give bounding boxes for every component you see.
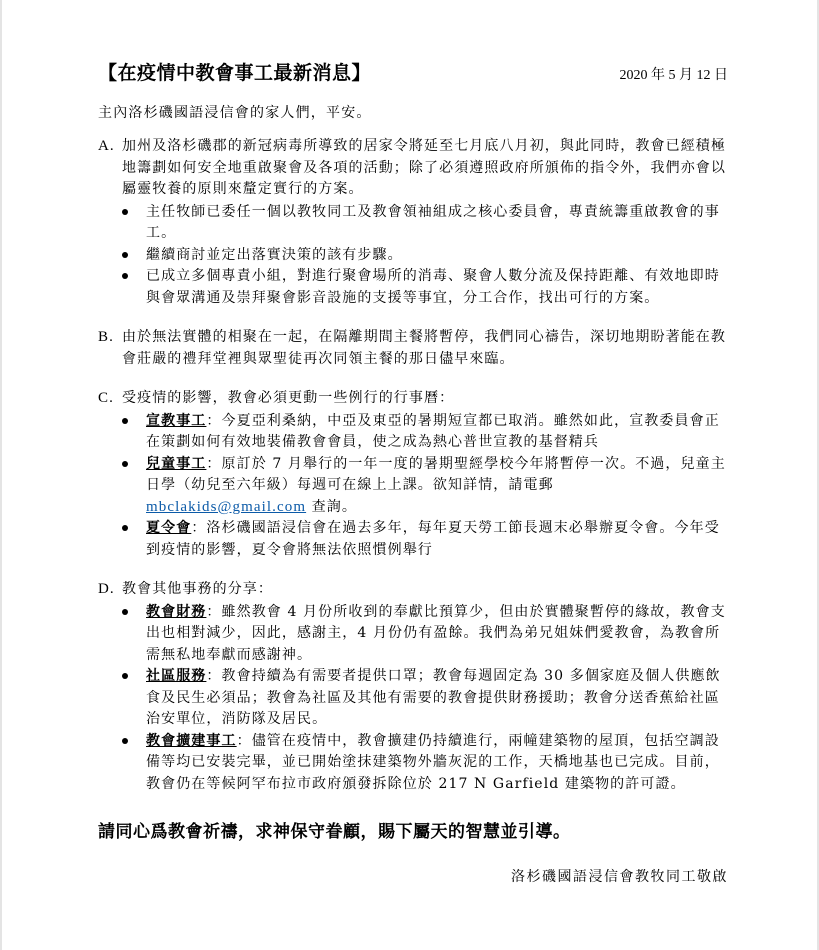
list-item: 已成立多個專責小組，對進行聚會場所的消毒、聚會人數分流及保持距離、有效地即時與會… xyxy=(98,266,728,309)
section-text: 加州及洛杉磯郡的新冠病毒所導致的居家令將延至七月底八月初，與此同時，教會已經積極… xyxy=(122,136,728,201)
list-item: 主任牧師已委任一個以教牧同工及教會領袖組成之核心委員會，專責統籌重啟教會的事工。 xyxy=(98,202,728,245)
section-marker: C. xyxy=(98,388,114,410)
bullet-text: 主任牧師已委任一個以教牧同工及教會領袖組成之核心委員會，專責統籌重啟教會的事工。 xyxy=(146,204,720,242)
section-marker: A. xyxy=(98,136,115,158)
bullet-text: 已成立多個專責小組，對進行聚會場所的消毒、聚會人數分流及保持距離、有效地即時與會… xyxy=(146,268,720,306)
section-a: A. 加州及洛杉磯郡的新冠病毒所導致的居家令將延至七月底八月初，與此同時，教會已… xyxy=(98,136,728,309)
closing-prayer: 請同心爲教會祈禱，求神保守眷顧，賜下屬天的智慧並引導。 xyxy=(98,817,728,842)
document-date: 2020 年 5 月 12 日 xyxy=(620,64,729,84)
bullet-keyword: 宣教事工 xyxy=(146,413,206,429)
list-item-finance: 教會財務：雖然教會 4 月份所收到的奉獻比預算少，但由於實體聚暫停的緣故，教會支… xyxy=(98,602,728,667)
document-title: 【在疫情中教會事工最新消息】 xyxy=(98,58,371,85)
bullet-icon xyxy=(122,461,128,467)
bullet-icon xyxy=(122,418,128,424)
bullet-text-after-link: 查詢。 xyxy=(306,499,357,515)
bullet-keyword: 夏令會 xyxy=(146,520,191,536)
document-header: 【在疫情中教會事工最新消息】 2020 年 5 月 12 日 xyxy=(98,56,728,90)
bullet-icon xyxy=(122,673,128,679)
section-c: C. 受疫情的影響，教會必須更動一些例行的行事曆： 宣教事工：今夏亞利桑納，中亞… xyxy=(98,388,728,561)
list-item-missions: 宣教事工：今夏亞利桑納，中亞及東亞的暑期短宣都已取消。雖然如此，宣教委員會正在策… xyxy=(98,411,728,454)
bullet-text: ：今夏亞利桑納，中亞及東亞的暑期短宣都已取消。雖然如此，宣教委員會正在策劃如何有… xyxy=(146,413,720,451)
list-item-summer-camp: 夏令會：洛杉磯國語浸信會在過去多年，每年夏天勞工節長週末必舉辦夏令會。今年受到疫… xyxy=(98,518,728,561)
bullet-icon xyxy=(122,273,128,279)
bullet-icon xyxy=(122,252,128,258)
bullet-icon xyxy=(122,738,128,744)
bullet-keyword: 兒童事工 xyxy=(146,456,206,472)
list-item-expansion: 教會擴建事工：儘管在疫情中，教會擴建仍持續進行，兩幢建築物的屋頂，包括空調設備等… xyxy=(98,731,728,796)
section-marker: B. xyxy=(98,327,114,349)
bullet-text: ：雖然教會 4 月份所收到的奉獻比預算少，但由於實體聚暫停的緣故，教會支出也相對… xyxy=(146,604,726,663)
bullet-keyword: 教會擴建事工 xyxy=(146,733,237,749)
bullet-text: ：原訂於 7 月舉行的一年一度的暑期聖經學校今年將暫停一次。不過，兒童主日學（幼… xyxy=(146,456,726,494)
list-item-community: 社區服務：教會持續為有需要者提供口罩；教會每週固定為 30 多個家庭及個人供應飲… xyxy=(98,666,728,731)
bullet-text: 繼續商討並定出落實決策的該有步驟。 xyxy=(146,247,403,263)
greeting: 主內洛杉磯國語浸信會的家人們，平安。 xyxy=(98,102,728,126)
bullet-keyword: 教會財務 xyxy=(146,604,206,620)
section-text: 受疫情的影響，教會必須更動一些例行的行事曆： xyxy=(122,388,728,410)
bullet-text: ：洛杉磯國語浸信會在過去多年，每年夏天勞工節長週末必舉辦夏令會。今年受到疫情的影… xyxy=(146,520,720,558)
section-marker: D. xyxy=(98,579,115,601)
list-item-children: 兒童事工：原訂於 7 月舉行的一年一度的暑期聖經學校今年將暫停一次。不過，兒童主… xyxy=(98,454,728,519)
bullet-icon xyxy=(122,209,128,215)
bullet-text: ：教會持續為有需要者提供口罩；教會每週固定為 30 多個家庭及個人供應飲食及民生… xyxy=(146,668,721,727)
signature: 洛杉磯國語浸信會教牧同工敬啟 xyxy=(98,866,728,886)
section-b: B. 由於無法實體的相聚在一起，在隔離期間主餐將暫停，我們同心禱告，深切地期盼著… xyxy=(98,327,728,370)
bullet-list: 教會財務：雖然教會 4 月份所收到的奉獻比預算少，但由於實體聚暫停的緣故，教會支… xyxy=(98,602,728,796)
list-item: 繼續商討並定出落實決策的該有步驟。 xyxy=(98,245,728,267)
bullet-list: 宣教事工：今夏亞利桑納，中亞及東亞的暑期短宣都已取消。雖然如此，宣教委員會正在策… xyxy=(98,411,728,562)
bullet-list: 主任牧師已委任一個以教牧同工及教會領袖組成之核心委員會，專責統籌重啟教會的事工。… xyxy=(98,202,728,310)
bullet-icon xyxy=(122,609,128,615)
bullet-icon xyxy=(122,525,128,531)
section-text: 由於無法實體的相聚在一起，在隔離期間主餐將暫停，我們同心禱告，深切地期盼著能在教… xyxy=(122,327,728,370)
page-edge-left xyxy=(0,0,2,950)
document-page: 【在疫情中教會事工最新消息】 2020 年 5 月 12 日 主內洛杉磯國語浸信… xyxy=(98,56,728,886)
section-text: 教會其他事務的分享： xyxy=(122,579,728,601)
section-d: D. 教會其他事務的分享： 教會財務：雖然教會 4 月份所收到的奉獻比預算少，但… xyxy=(98,579,728,795)
email-link[interactable]: mbclakids@gmail.com xyxy=(146,499,306,515)
bullet-keyword: 社區服務 xyxy=(146,668,206,684)
